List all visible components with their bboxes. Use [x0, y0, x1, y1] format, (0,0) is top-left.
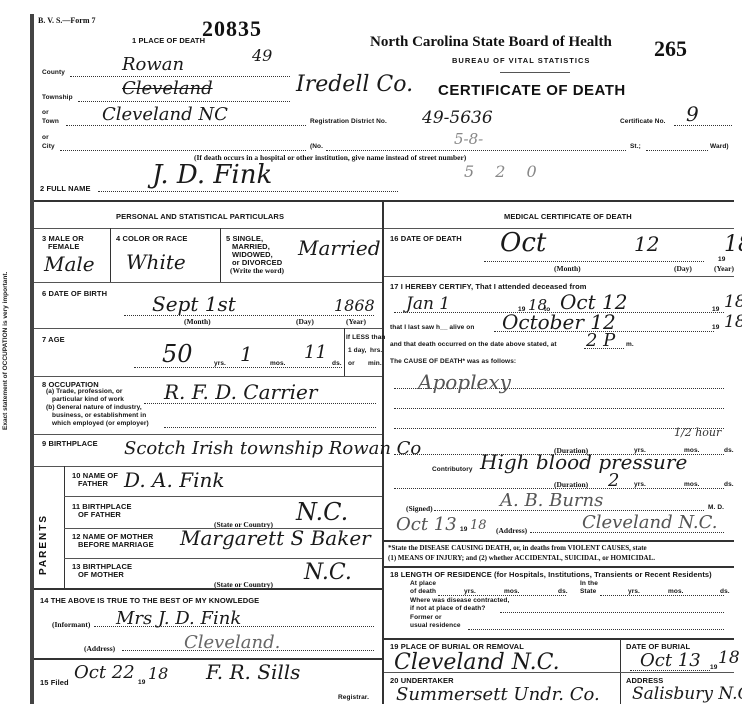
attended-from[interactable]: Jan 1: [406, 294, 450, 314]
signed-label: (Signed): [406, 504, 433, 513]
contributory-label: Contributory: [432, 466, 473, 473]
date-of-death-day[interactable]: 12: [634, 232, 659, 256]
father-birthplace-label: OF FATHER: [78, 510, 121, 519]
contributory-value[interactable]: High blood pressure: [480, 450, 687, 474]
mother-birthplace-value[interactable]: N.C.: [304, 560, 352, 585]
signed-value[interactable]: A. B. Burns: [500, 490, 603, 511]
death-time-label: and that death occurred on the date abov…: [390, 341, 557, 348]
sign-date[interactable]: Oct 13: [396, 514, 457, 535]
county-value[interactable]: Rowan: [122, 54, 184, 75]
personal-section-title: PERSONAL AND STATISTICAL PARTICULARS: [116, 212, 284, 221]
form-id: B. V. S.—Form 7: [38, 16, 96, 25]
former-residence-label: usual residence: [410, 622, 461, 629]
county-label: County: [42, 69, 65, 76]
mother-name-label: BEFORE MARRIAGE: [78, 540, 154, 549]
street-no-label: (No.: [310, 143, 323, 150]
certify-label: 17 I HEREBY CERTIFY, That I attended dec…: [390, 282, 587, 291]
township-value[interactable]: Cleveland: [122, 78, 213, 99]
reg-district-label: Registration District No.: [310, 118, 387, 125]
full-name-value[interactable]: J. D. Fink: [152, 160, 272, 190]
undertaker-address-value[interactable]: Salisbury N.C.: [632, 684, 742, 704]
race-value[interactable]: White: [126, 250, 186, 274]
filed-label: 15 Filed: [40, 678, 69, 687]
serial-number: 20835: [202, 16, 262, 42]
reg-district-value[interactable]: 49-5636: [422, 108, 493, 128]
page-number: 265: [654, 36, 687, 62]
death-certificate-form: B. V. S.—Form 7 20835 North Carolina Sta…: [30, 14, 734, 704]
death-time-value[interactable]: 2 P: [586, 330, 615, 351]
age-label: 7 AGE: [42, 335, 65, 344]
registrar-label: Registrar.: [338, 694, 369, 701]
township-correction: Iredell Co.: [296, 72, 413, 97]
title-divider: [500, 72, 570, 73]
informant-address-label: (Address): [84, 644, 115, 653]
county-note: 49: [252, 46, 272, 65]
birthplace-label: 9 BIRTHPLACE: [42, 439, 98, 448]
contracted-label: if not at place of death?: [410, 605, 485, 612]
sex-value[interactable]: Male: [44, 252, 95, 276]
burial-date-value[interactable]: Oct 13: [640, 650, 701, 671]
age-days[interactable]: 11: [304, 342, 327, 363]
date-of-death-label: 16 DATE OF DEATH: [390, 234, 462, 243]
informant-label: (Informant): [52, 620, 90, 629]
town-label: Town: [42, 118, 59, 125]
father-name-value[interactable]: D. A. Fink: [124, 468, 224, 492]
father-birthplace-value[interactable]: N.C.: [296, 498, 348, 526]
marital-label: (Write the word): [230, 266, 284, 275]
last-saw-label: that I last saw h__ alive on: [390, 324, 474, 331]
full-name-note: 5 2 0: [464, 162, 545, 181]
certificate-no-value[interactable]: 9: [686, 102, 699, 126]
burial-year[interactable]: 18: [718, 648, 740, 668]
dob-label: 6 DATE OF BIRTH: [42, 289, 107, 298]
township-label: Township: [42, 94, 73, 101]
town-value[interactable]: Cleveland NC: [102, 104, 228, 125]
date-of-death-year[interactable]: 18: [724, 232, 742, 257]
mother-birthplace-label: OF MOTHER: [78, 570, 124, 579]
certificate-title: CERTIFICATE OF DEATH: [438, 82, 626, 99]
informant-address-value[interactable]: Cleveland.: [184, 632, 280, 653]
margin-note: Exact statement of OCCUPATION is very im…: [2, 30, 24, 430]
race-label: 4 COLOR OR RACE: [116, 234, 188, 243]
dob-year[interactable]: 1868: [334, 296, 375, 315]
cause-duration-value[interactable]: 1/2 hour: [674, 426, 721, 439]
contributory-duration[interactable]: 2: [608, 470, 619, 491]
sign-year[interactable]: 18: [470, 518, 487, 533]
date-of-death-month[interactable]: Oct: [500, 228, 546, 258]
footnote-2: (1) MEANS OF INJURY; and (2) whether ACC…: [388, 554, 655, 562]
marital-value[interactable]: Married: [298, 236, 381, 260]
birthplace-value[interactable]: Scotch Irish township Rowan Co: [124, 438, 421, 459]
place-of-death-label: 1 PLACE OF DEATH: [132, 36, 205, 45]
at-place-label: of death: [410, 588, 436, 595]
in-state-label: State: [580, 588, 596, 595]
street-no-value[interactable]: 5-8-: [454, 130, 483, 148]
registrar-value[interactable]: F. R. Sills: [206, 660, 300, 684]
age-years[interactable]: 50: [162, 340, 193, 368]
full-name-label: 2 FULL NAME: [40, 184, 91, 193]
father-name-label: FATHER: [78, 479, 108, 488]
ward-label: Ward): [710, 143, 729, 150]
sex-label: FEMALE: [48, 242, 79, 251]
filed-year[interactable]: 18: [148, 664, 168, 683]
undertaker-value[interactable]: Summersett Undr. Co.: [396, 684, 600, 705]
medical-section-title: MEDICAL CERTIFICATE OF DEATH: [504, 212, 632, 221]
residence-label: 18 LENGTH OF RESIDENCE (for Hospitals, I…: [390, 570, 712, 579]
certificate-no-label: Certificate No.: [620, 118, 666, 125]
footnote-1: *State the DISEASE CAUSING DEATH, or, in…: [388, 544, 647, 552]
mother-name-value[interactable]: Margarett S Baker: [180, 526, 371, 550]
cause-of-death-label: The CAUSE OF DEATH* was as follows:: [390, 358, 516, 365]
informant-section-label: 14 THE ABOVE IS TRUE TO THE BEST OF MY K…: [40, 596, 259, 605]
last-saw-year[interactable]: 18: [724, 312, 742, 332]
city-label: City: [42, 143, 55, 150]
age-months[interactable]: 1: [240, 342, 253, 366]
parents-label: PARENTS: [38, 514, 49, 575]
cause-of-death-value[interactable]: Apoplexy: [418, 370, 511, 394]
attended-to-year[interactable]: 18: [724, 292, 742, 312]
street-label: St.;: [630, 143, 641, 150]
bureau-title: BUREAU OF VITAL STATISTICS: [452, 56, 590, 65]
doctor-address-label: (Address): [496, 526, 527, 535]
filed-date[interactable]: Oct 22: [74, 662, 135, 683]
board-title: North Carolina State Board of Health: [370, 34, 612, 51]
dob-value[interactable]: Sept 1st: [152, 292, 236, 316]
occupation-value[interactable]: R. F. D. Carrier: [164, 380, 317, 404]
informant-value[interactable]: Mrs J. D. Fink: [116, 608, 241, 629]
doctor-address-value[interactable]: Cleveland N.C.: [582, 512, 718, 533]
